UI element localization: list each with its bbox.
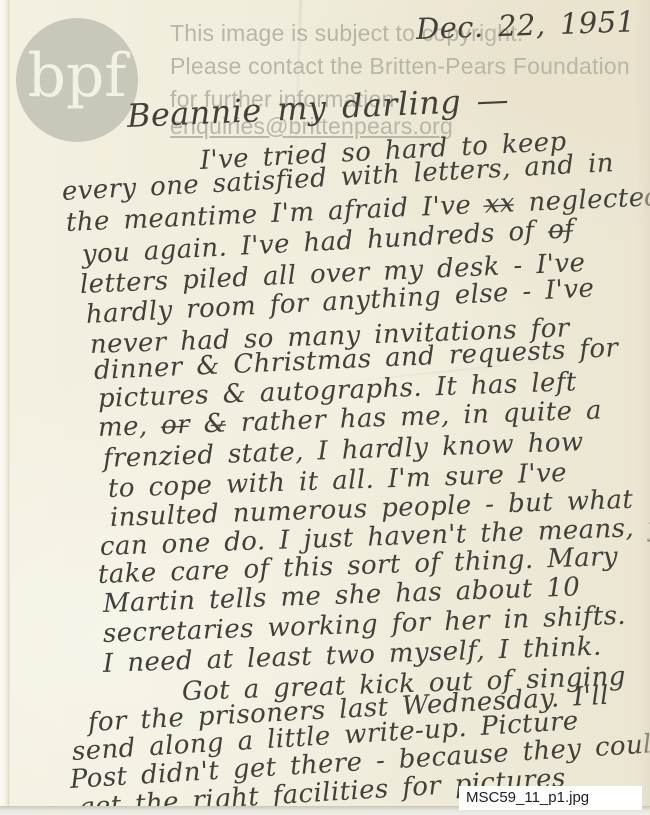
scanned-letter-page: bpf This image is subject to copyright. … xyxy=(0,0,650,815)
filename-label: MSC59_11_p1.jpg xyxy=(459,786,642,810)
letter-date: Dec. 22, 1951 xyxy=(415,4,635,46)
scan-edge-right xyxy=(636,0,650,815)
bpf-logo-text: bpf xyxy=(27,46,126,114)
watermark-line-2: Please contact the Britten-Pears Foundat… xyxy=(170,53,630,80)
scan-edge-left xyxy=(0,0,10,815)
bpf-logo: bpf xyxy=(16,18,138,142)
